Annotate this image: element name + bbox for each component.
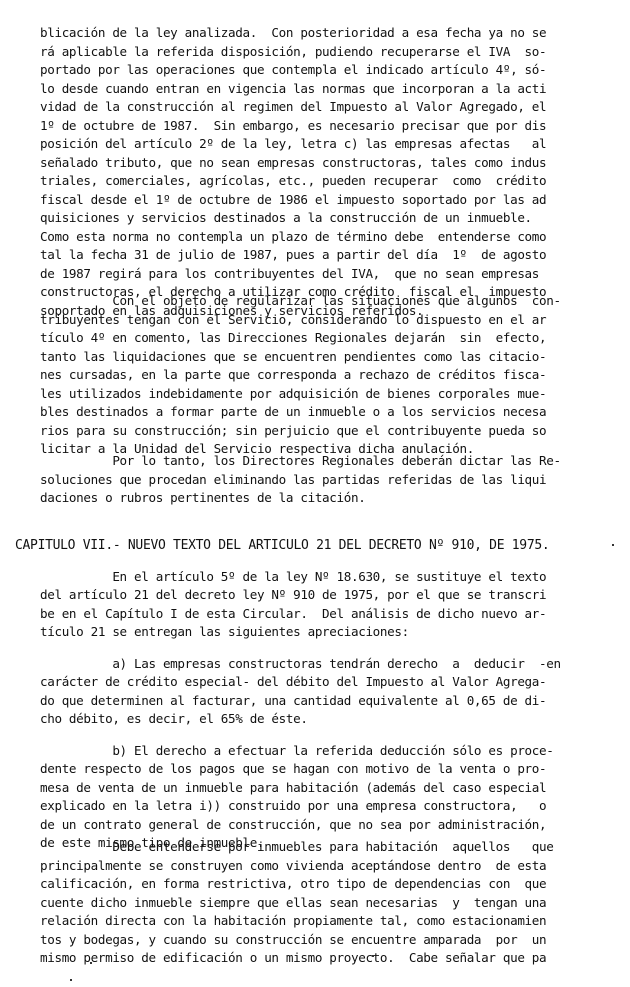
text-line: quisiciones y servicios destinados a la … xyxy=(40,209,532,227)
text-line: les utilizados indebidamente por adquisi… xyxy=(40,385,546,403)
text-line: posición del artículo 2º de la ley, letr… xyxy=(40,135,546,153)
text-line: b) El derecho a efectuar la referida ded… xyxy=(40,742,553,760)
text-line: rá aplicable la referida disposición, pu… xyxy=(40,43,546,61)
text-line: tanto las liquidaciones que se encuentre… xyxy=(40,348,546,366)
text-line: Por lo tanto, los Directores Regionales … xyxy=(40,452,561,470)
text-line: dente respecto de los pagos que se hagan… xyxy=(40,760,546,778)
text-line: Como esta norma no contempla un plazo de… xyxy=(40,228,546,246)
text-line: bles destinados a formar parte de un inm… xyxy=(40,403,546,421)
chapter-heading: CAPITULO VII.- NUEVO TEXTO DEL ARTICULO … xyxy=(15,537,549,555)
scan-speck xyxy=(70,979,72,981)
text-line: cuente dicho inmueble siempre que ellas … xyxy=(40,894,546,912)
text-line: de 1987 regirá para los contribuyentes d… xyxy=(40,265,539,283)
text-line: tribuyentes tengan con el Servicio, cons… xyxy=(40,311,546,329)
text-line: de un contrato general de construcción, … xyxy=(40,816,546,834)
text-line: tículo 21 se entregan las siguientes apr… xyxy=(40,623,409,641)
text-line: rios para su construcción; sin perjuicio… xyxy=(40,422,546,440)
text-line: calificación, en forma restrictiva, otro… xyxy=(40,875,546,893)
text-line: nes cursadas, en la parte que correspond… xyxy=(40,366,546,384)
text-line: lo desde cuando entran en vigencia las n… xyxy=(40,80,546,98)
text-line: vidad de la construcción al regimen del … xyxy=(40,98,546,116)
text-line: Con el objeto de regularizar las situaci… xyxy=(40,292,561,310)
text-line: be en el Capítulo I de esta Circular. De… xyxy=(40,605,546,623)
text-line: carácter de crédito especial- del débito… xyxy=(40,673,546,691)
text-line: fiscal desde el 1º de octubre de 1986 el… xyxy=(40,191,546,209)
text-line: portado por las operaciones que contempl… xyxy=(40,61,546,79)
text-line: Debe entenderse por inmuebles para habit… xyxy=(40,838,553,856)
text-line: explicado en la letra i)) construido por… xyxy=(40,797,546,815)
text-line: mesa de venta de un inmueble para habita… xyxy=(40,779,546,797)
text-line: mismo permiso de edificación o un mismo … xyxy=(40,949,546,967)
text-line: triales, comerciales, agrícolas, etc., p… xyxy=(40,172,546,190)
text-line: señalado tributo, que no sean empresas c… xyxy=(40,154,546,172)
scan-speck xyxy=(612,544,614,546)
text-line: relación directa con la habitación propi… xyxy=(40,912,546,930)
scan-speck xyxy=(372,955,374,957)
text-line: 1º de octubre de 1987. Sin embargo, es n… xyxy=(40,117,546,135)
text-line: blicación de la ley analizada. Con poste… xyxy=(40,24,546,42)
text-line: soluciones que procedan eliminando las p… xyxy=(40,471,546,489)
text-line: cho débito, es decir, el 65% de éste. xyxy=(40,710,308,728)
scan-speck xyxy=(90,962,92,964)
text-line: tos y bodegas, y cuando su construcción … xyxy=(40,931,546,949)
text-line: do que determinen al facturar, una canti… xyxy=(40,692,546,710)
text-line: tículo 4º en comento, las Direcciones Re… xyxy=(40,329,546,347)
text-line: del artículo 21 del decreto ley Nº 910 d… xyxy=(40,586,546,604)
text-line: tal la fecha 31 de julio de 1987, pues a… xyxy=(40,246,546,264)
text-line: En el artículo 5º de la ley Nº 18.630, s… xyxy=(40,568,546,586)
text-line: a) Las empresas constructoras tendrán de… xyxy=(40,655,561,673)
text-line: daciones o rubros pertinentes de la cita… xyxy=(40,489,365,507)
text-line: principalmente se construyen como vivien… xyxy=(40,857,546,875)
